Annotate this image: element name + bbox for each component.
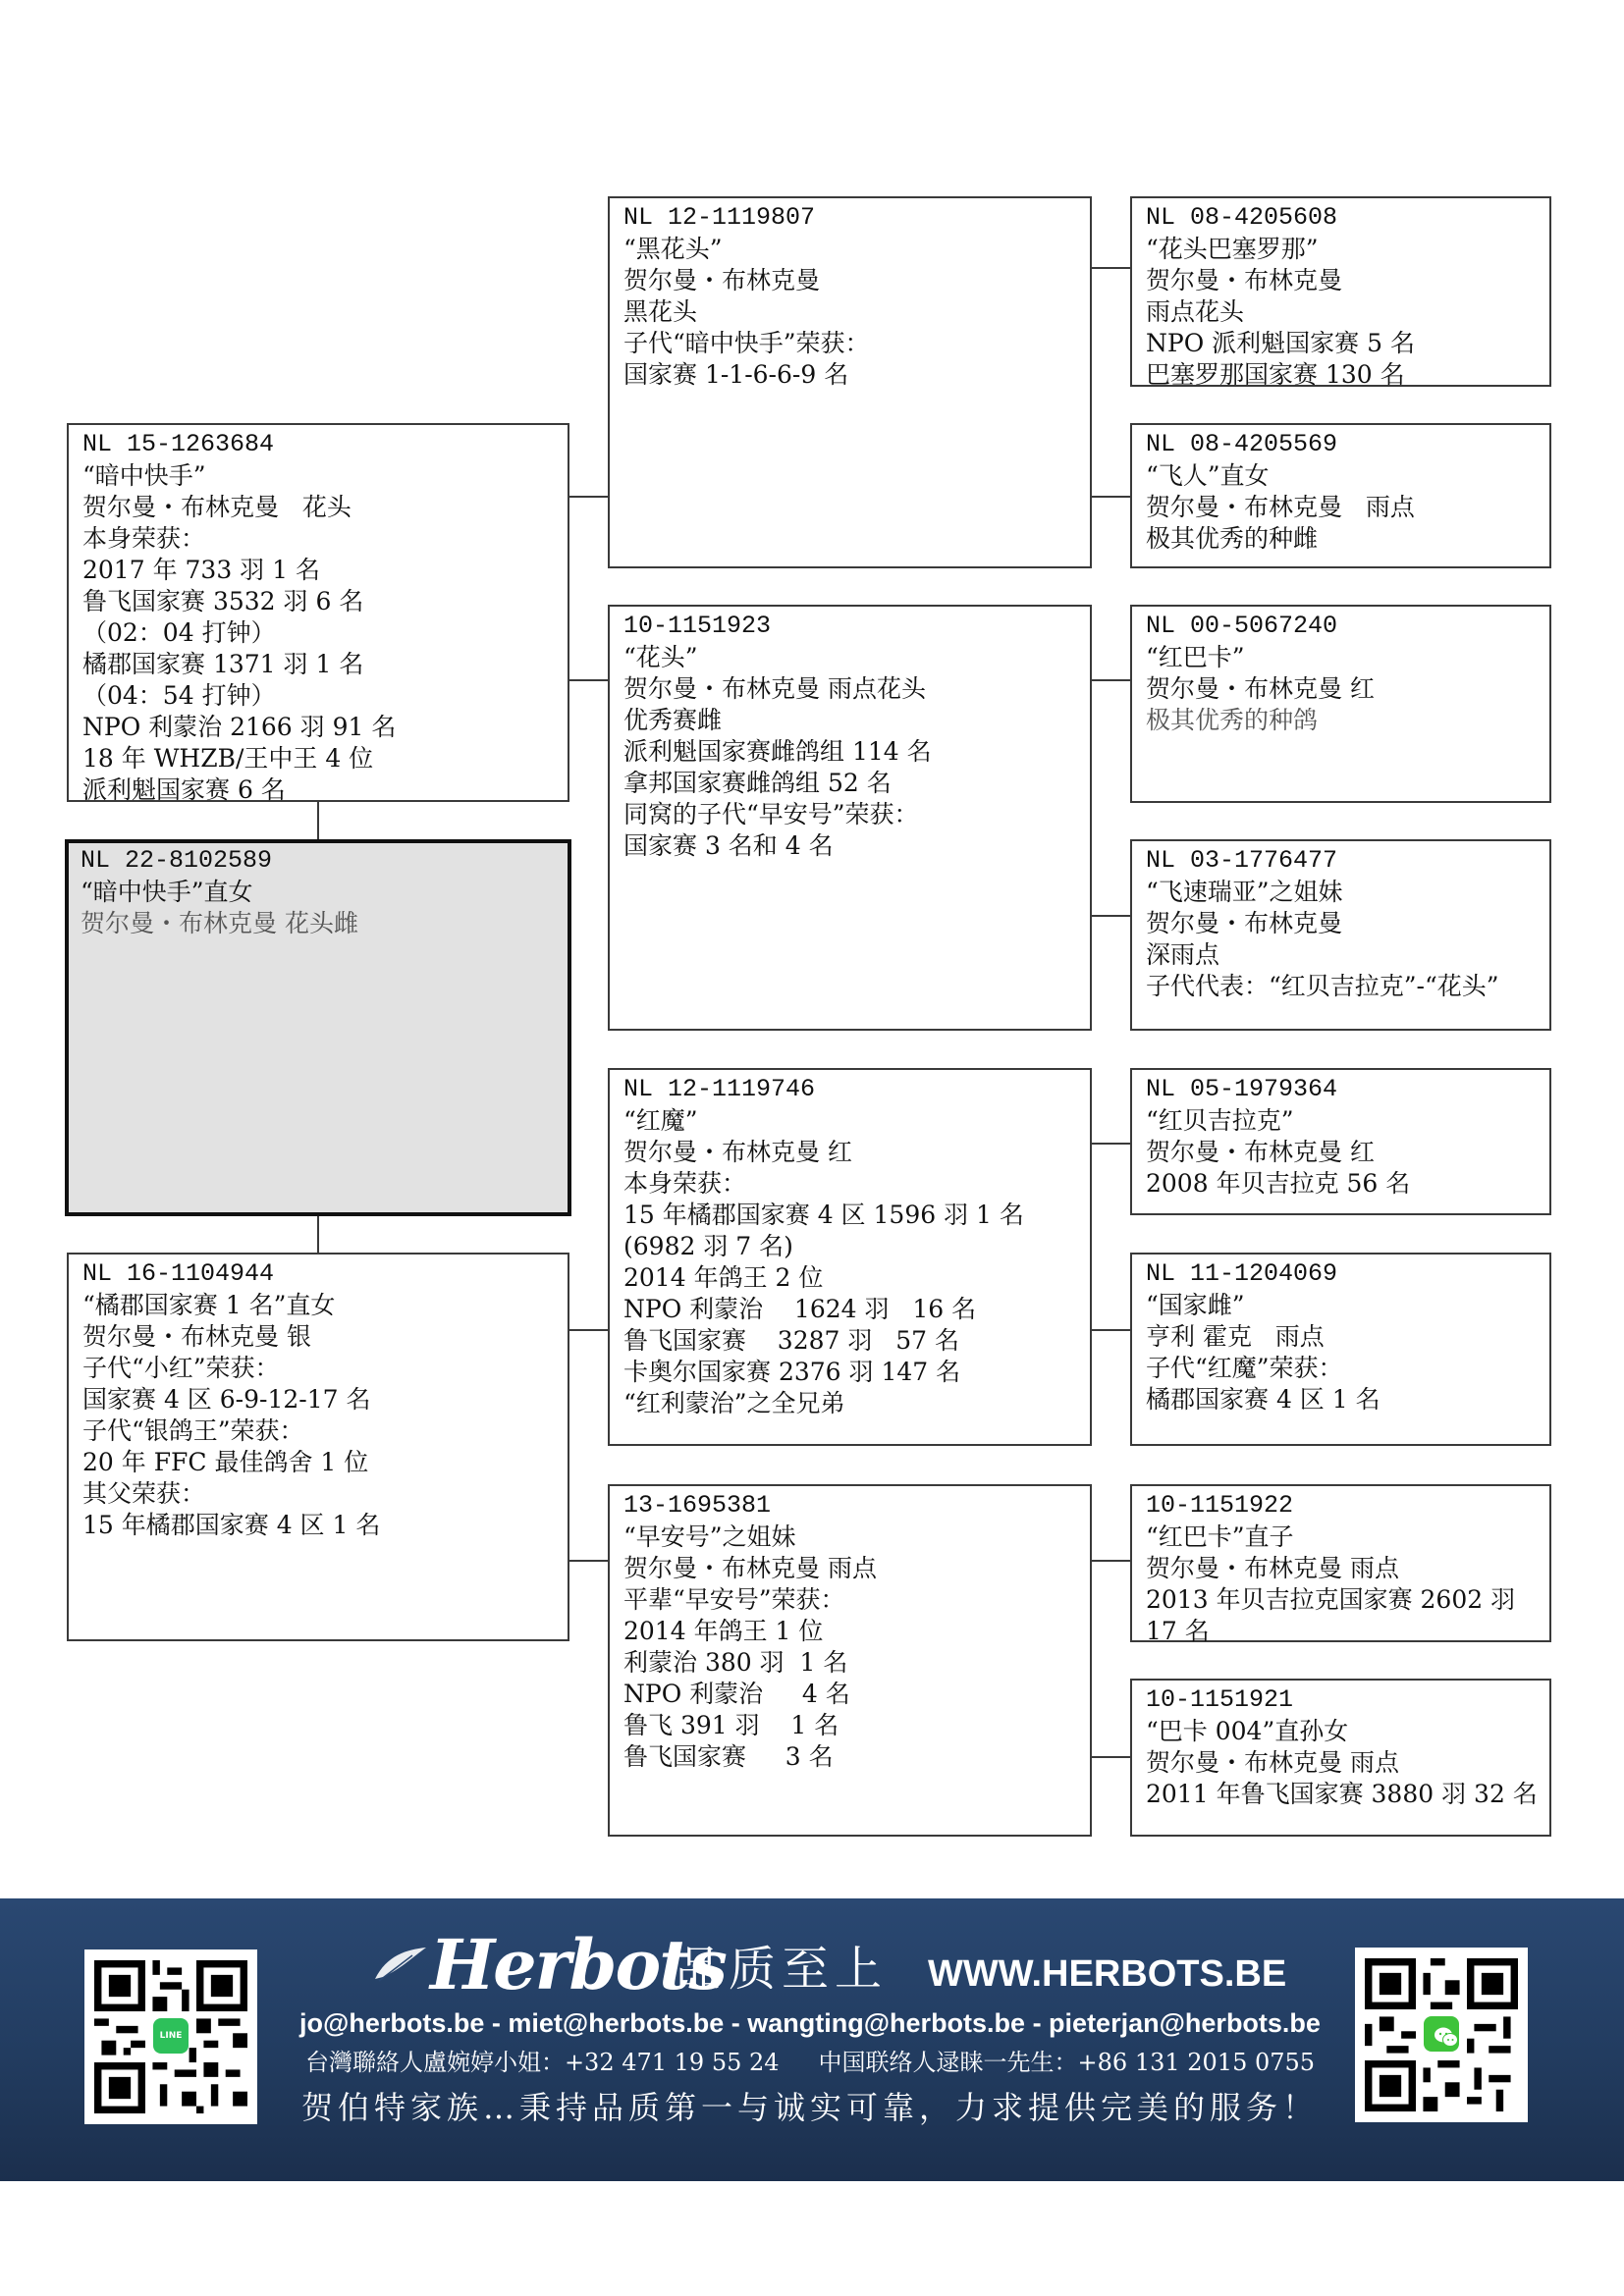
ring-number: NL 00-5067240 <box>1146 611 1549 642</box>
ring-number: NL 16-1104944 <box>82 1258 568 1290</box>
pigeon-name: “飞速瑞亚”之姐妹 <box>1146 877 1549 908</box>
sire-card: NL 15-1263684 “暗中快手” 贺尔曼・布林克曼 花头 本身荣获： 2… <box>67 423 569 802</box>
pigeon-name: “花头” <box>623 642 1090 673</box>
pigeon-name: “暗中快手”直女 <box>81 877 568 908</box>
detail-line: 国家赛 3 名和 4 名 <box>623 830 1090 862</box>
grandparent-card-2: 10-1151923 “花头” 贺尔曼・布林克曼 雨点花头 优秀赛雌 派利魁国家… <box>608 605 1092 1031</box>
pigeon-name: “红贝吉拉克” <box>1146 1105 1549 1137</box>
detail-line: 2008 年贝吉拉克 56 名 <box>1146 1168 1549 1200</box>
detail-line: 子代代表：“红贝吉拉克”-“花头” <box>1146 971 1549 1002</box>
connector-dam-gp3 <box>569 1329 609 1331</box>
ring-number: 13-1695381 <box>623 1490 1090 1522</box>
breeder-color: 贺尔曼・布林克曼 <box>623 265 1090 296</box>
detail-line: 橘郡国家赛 4 区 1 名 <box>1146 1384 1549 1415</box>
detail-line: 鲁飞国家赛 3532 羽 6 名 <box>82 586 568 617</box>
grandparent-card-4: 13-1695381 “早安号”之姐妹 贺尔曼・布林克曼 雨点 平辈“早安号”荣… <box>608 1484 1092 1837</box>
website-link[interactable]: WWW.HERBOTS.BE <box>928 1949 1286 1999</box>
ring-number: NL 08-4205569 <box>1146 429 1549 460</box>
connector-dam-gp4 <box>569 1560 609 1562</box>
contact-taiwan: 台灣聯絡人盧婉婷小姐：+32 471 19 55 24 <box>305 2046 780 2079</box>
detail-line: 本身荣获： <box>82 523 568 555</box>
great-grandparent-card-3: NL 00-5067240 “红巴卡” 贺尔曼・布林克曼 红 极其优秀的种鸽 <box>1130 605 1551 803</box>
ring-number: NL 05-1979364 <box>1146 1074 1549 1105</box>
connector-sire-gp1 <box>569 496 609 498</box>
detail-line: （02：04 打钟） <box>82 617 568 649</box>
ring-number: NL 08-4205608 <box>1146 202 1549 234</box>
pigeon-name: “红巴卡” <box>1146 642 1549 673</box>
breeder-color: 贺尔曼・布林克曼 雨点 <box>1146 1553 1549 1584</box>
line-app-icon: LINE <box>153 2018 189 2054</box>
breeder-color: 贺尔曼・布林克曼 红 <box>1146 1137 1549 1168</box>
breeder-color: 贺尔曼・布林克曼 雨点 <box>1146 492 1549 523</box>
connector-gp2-ggp3 <box>1092 679 1131 681</box>
detail-line: 2011 年鲁飞国家赛 3880 羽 32 名 <box>1146 1779 1549 1810</box>
ring-number: NL 11-1204069 <box>1146 1258 1549 1290</box>
contacts-row: 台灣聯絡人盧婉婷小姐：+32 471 19 55 24 中国联络人逯睐一先生：+… <box>196 2046 1424 2079</box>
pigeon-name: “红巴卡”直子 <box>1146 1522 1549 1553</box>
subject-card: NL 22-8102589 “暗中快手”直女 贺尔曼・布林克曼 花头雌 <box>65 839 571 1216</box>
connector-subject-dam <box>317 1214 319 1254</box>
pigeon-name: “红魔” <box>623 1105 1090 1137</box>
ring-number: 10-1151921 <box>1146 1684 1549 1716</box>
detail-line: 2013 年贝吉拉克国家赛 2602 羽 17 名 <box>1146 1584 1549 1647</box>
pigeon-name: “巴卡 004”直孙女 <box>1146 1716 1549 1747</box>
contact-china: 中国联络人逯睐一先生：+86 131 2015 0755 <box>819 2046 1316 2079</box>
detail-line: NPO 利蒙治 2166 羽 91 名 <box>82 712 568 743</box>
detail-line: 18 年 WHZB/王中王 4 位 <box>82 743 568 774</box>
connector-gp1-ggp2 <box>1092 496 1131 498</box>
feather-logo-icon <box>373 1946 428 1985</box>
detail-line: 15 年橘郡国家赛 4 区 1596 羽 1 名 <box>623 1200 1090 1231</box>
breeder-color: 贺尔曼・布林克曼 雨点 <box>623 1553 1090 1584</box>
detail-line: 鲁飞国家赛 3 名 <box>623 1741 1090 1773</box>
detail-line: 拿邦国家赛雌鸽组 52 名 <box>623 768 1090 799</box>
connector-gp2-ggp4 <box>1092 915 1131 917</box>
detail-line: 派利魁国家赛雌鸽组 114 名 <box>623 736 1090 768</box>
connector-gp1-ggp1 <box>1092 267 1131 269</box>
wechat-qr-code[interactable] <box>1355 1948 1528 2122</box>
ring-number: NL 22-8102589 <box>81 845 568 877</box>
detail-line: 派利魁国家赛 6 名 <box>82 774 568 806</box>
pigeon-name: “暗中快手” <box>82 460 568 492</box>
detail-line: 2017 年 733 羽 1 名 <box>82 555 568 586</box>
ring-number: NL 12-1119746 <box>623 1074 1090 1105</box>
pigeon-name: “国家雌” <box>1146 1290 1549 1321</box>
connector-gp4-ggp8 <box>1092 1756 1131 1758</box>
great-grandparent-card-2: NL 08-4205569 “飞人”直女 贺尔曼・布林克曼 雨点 极其优秀的种雌 <box>1130 423 1551 568</box>
detail-line: 同窝的子代“早安号”荣获： <box>623 799 1090 830</box>
breeder-color: 贺尔曼・布林克曼 <box>1146 908 1549 939</box>
detail-line: 极其优秀的种鸽 <box>1146 705 1549 736</box>
wechat-chat-bubbles-icon <box>1434 2026 1459 2048</box>
detail-line: 子代“银鸽王”荣获： <box>82 1415 568 1447</box>
detail-line: （04：54 打钟） <box>82 680 568 712</box>
detail-line: 本身荣获： <box>623 1168 1090 1200</box>
detail-line: 15 年橘郡国家赛 4 区 1 名 <box>82 1510 568 1541</box>
connector-sire-gp2 <box>569 679 609 681</box>
breeder-color: 贺尔曼・布林克曼 雨点 <box>1146 1747 1549 1779</box>
breeder-color: 贺尔曼・布林克曼 <box>1146 265 1549 296</box>
detail-line: 深雨点 <box>1146 939 1549 971</box>
grandparent-card-3: NL 12-1119746 “红魔” 贺尔曼・布林克曼 红 本身荣获： 15 年… <box>608 1068 1092 1446</box>
detail-line: 平辈“早安号”荣获： <box>623 1584 1090 1616</box>
detail-line: 极其优秀的种雌 <box>1146 523 1549 555</box>
detail-line: 国家赛 4 区 6-9-12-17 名 <box>82 1384 568 1415</box>
detail-line: 卡奥尔国家赛 2376 羽 147 名 <box>623 1357 1090 1388</box>
breeder-color: 贺尔曼・布林克曼 雨点花头 <box>623 673 1090 705</box>
breeder-color: 亨利 霍克 雨点 <box>1146 1321 1549 1353</box>
detail-line: 利蒙治 380 羽 1 名 <box>623 1647 1090 1679</box>
grandparent-card-1: NL 12-1119807 “黑花头” 贺尔曼・布林克曼 黑花头 子代“暗中快手… <box>608 196 1092 568</box>
detail-line: 雨点花头 <box>1146 296 1549 328</box>
detail-line: 鲁飞 391 羽 1 名 <box>623 1710 1090 1741</box>
breeder-color: 贺尔曼・布林克曼 花头雌 <box>81 908 568 939</box>
detail-line: 其父荣获： <box>82 1478 568 1510</box>
detail-line: 鲁飞国家赛 3287 羽 57 名 <box>623 1325 1090 1357</box>
detail-line: 优秀赛雌 <box>623 705 1090 736</box>
detail-line: 黑花头 <box>623 296 1090 328</box>
pigeon-name: “早安号”之姐妹 <box>623 1522 1090 1553</box>
connector-gp4-ggp7 <box>1092 1560 1131 1562</box>
detail-line: 子代“红魔”荣获： <box>1146 1353 1549 1384</box>
ring-number: 10-1151923 <box>623 611 1090 642</box>
breeder-color: 贺尔曼・布林克曼 花头 <box>82 492 568 523</box>
ring-number: NL 15-1263684 <box>82 429 568 460</box>
detail-line: 20 年 FFC 最佳鸽舍 1 位 <box>82 1447 568 1478</box>
breeder-color: 贺尔曼・布林克曼 红 <box>1146 673 1549 705</box>
detail-line: 2014 年鸽王 2 位 <box>623 1262 1090 1294</box>
pigeon-name: “黑花头” <box>623 234 1090 265</box>
pigeon-name: “飞人”直女 <box>1146 460 1549 492</box>
pigeon-name: “橘郡国家赛 1 名”直女 <box>82 1290 568 1321</box>
detail-line: 子代“小红”荣获： <box>82 1353 568 1384</box>
great-grandparent-card-1: NL 08-4205608 “花头巴塞罗那” 贺尔曼・布林克曼 雨点花头 NPO… <box>1130 196 1551 387</box>
great-grandparent-card-4: NL 03-1776477 “飞速瑞亚”之姐妹 贺尔曼・布林克曼 深雨点 子代代… <box>1130 839 1551 1031</box>
ring-number: 10-1151922 <box>1146 1490 1549 1522</box>
wechat-app-icon <box>1424 2016 1459 2052</box>
detail-line: 巴塞罗那国家赛 130 名 <box>1146 359 1549 391</box>
breeder-color: 贺尔曼・布林克曼 银 <box>82 1321 568 1353</box>
connector-gp3-ggp6 <box>1092 1329 1131 1331</box>
ring-number: NL 12-1119807 <box>623 202 1090 234</box>
detail-line: “红利蒙治”之全兄弟 <box>623 1388 1090 1419</box>
email-list[interactable]: jo@herbots.be - miet@herbots.be - wangti… <box>226 2006 1394 2040</box>
great-grandparent-card-6: NL 11-1204069 “国家雌” 亨利 霍克 雨点 子代“红魔”荣获： 橘… <box>1130 1253 1551 1446</box>
detail-line: NPO 利蒙治 1624 羽 16 名 <box>623 1294 1090 1325</box>
ring-number: NL 03-1776477 <box>1146 845 1549 877</box>
connector-sire-subject <box>317 801 319 840</box>
detail-line: NPO 派利魁国家赛 5 名 <box>1146 328 1549 359</box>
tagline: 贺伯特家族…秉持品质第一与诚实可靠，力求提供完美的服务！ <box>196 2085 1424 2130</box>
connector-gp3-ggp5 <box>1092 1143 1131 1145</box>
pigeon-name: “花头巴塞罗那” <box>1146 234 1549 265</box>
slogan: 品质至上 <box>676 1940 888 1999</box>
detail-line: 国家赛 1-1-6-6-9 名 <box>623 359 1090 391</box>
detail-line: 2014 年鸽王 1 位 <box>623 1616 1090 1647</box>
great-grandparent-card-7: 10-1151922 “红巴卡”直子 贺尔曼・布林克曼 雨点 2013 年贝吉拉… <box>1130 1484 1551 1642</box>
detail-line: 子代“暗中快手”荣获： <box>623 328 1090 359</box>
great-grandparent-card-8: 10-1151921 “巴卡 004”直孙女 贺尔曼・布林克曼 雨点 2011 … <box>1130 1679 1551 1837</box>
breeder-color: 贺尔曼・布林克曼 红 <box>623 1137 1090 1168</box>
great-grandparent-card-5: NL 05-1979364 “红贝吉拉克” 贺尔曼・布林克曼 红 2008 年贝… <box>1130 1068 1551 1215</box>
detail-line: 橘郡国家赛 1371 羽 1 名 <box>82 649 568 680</box>
detail-line: (6982 羽 7 名) <box>623 1231 1090 1262</box>
dam-card: NL 16-1104944 “橘郡国家赛 1 名”直女 贺尔曼・布林克曼 银 子… <box>67 1253 569 1641</box>
detail-line: NPO 利蒙治 4 名 <box>623 1679 1090 1710</box>
footer-banner: LINE Herbots 品质至上 WWW.HERBOTS.BE jo@herb… <box>0 1898 1624 2181</box>
